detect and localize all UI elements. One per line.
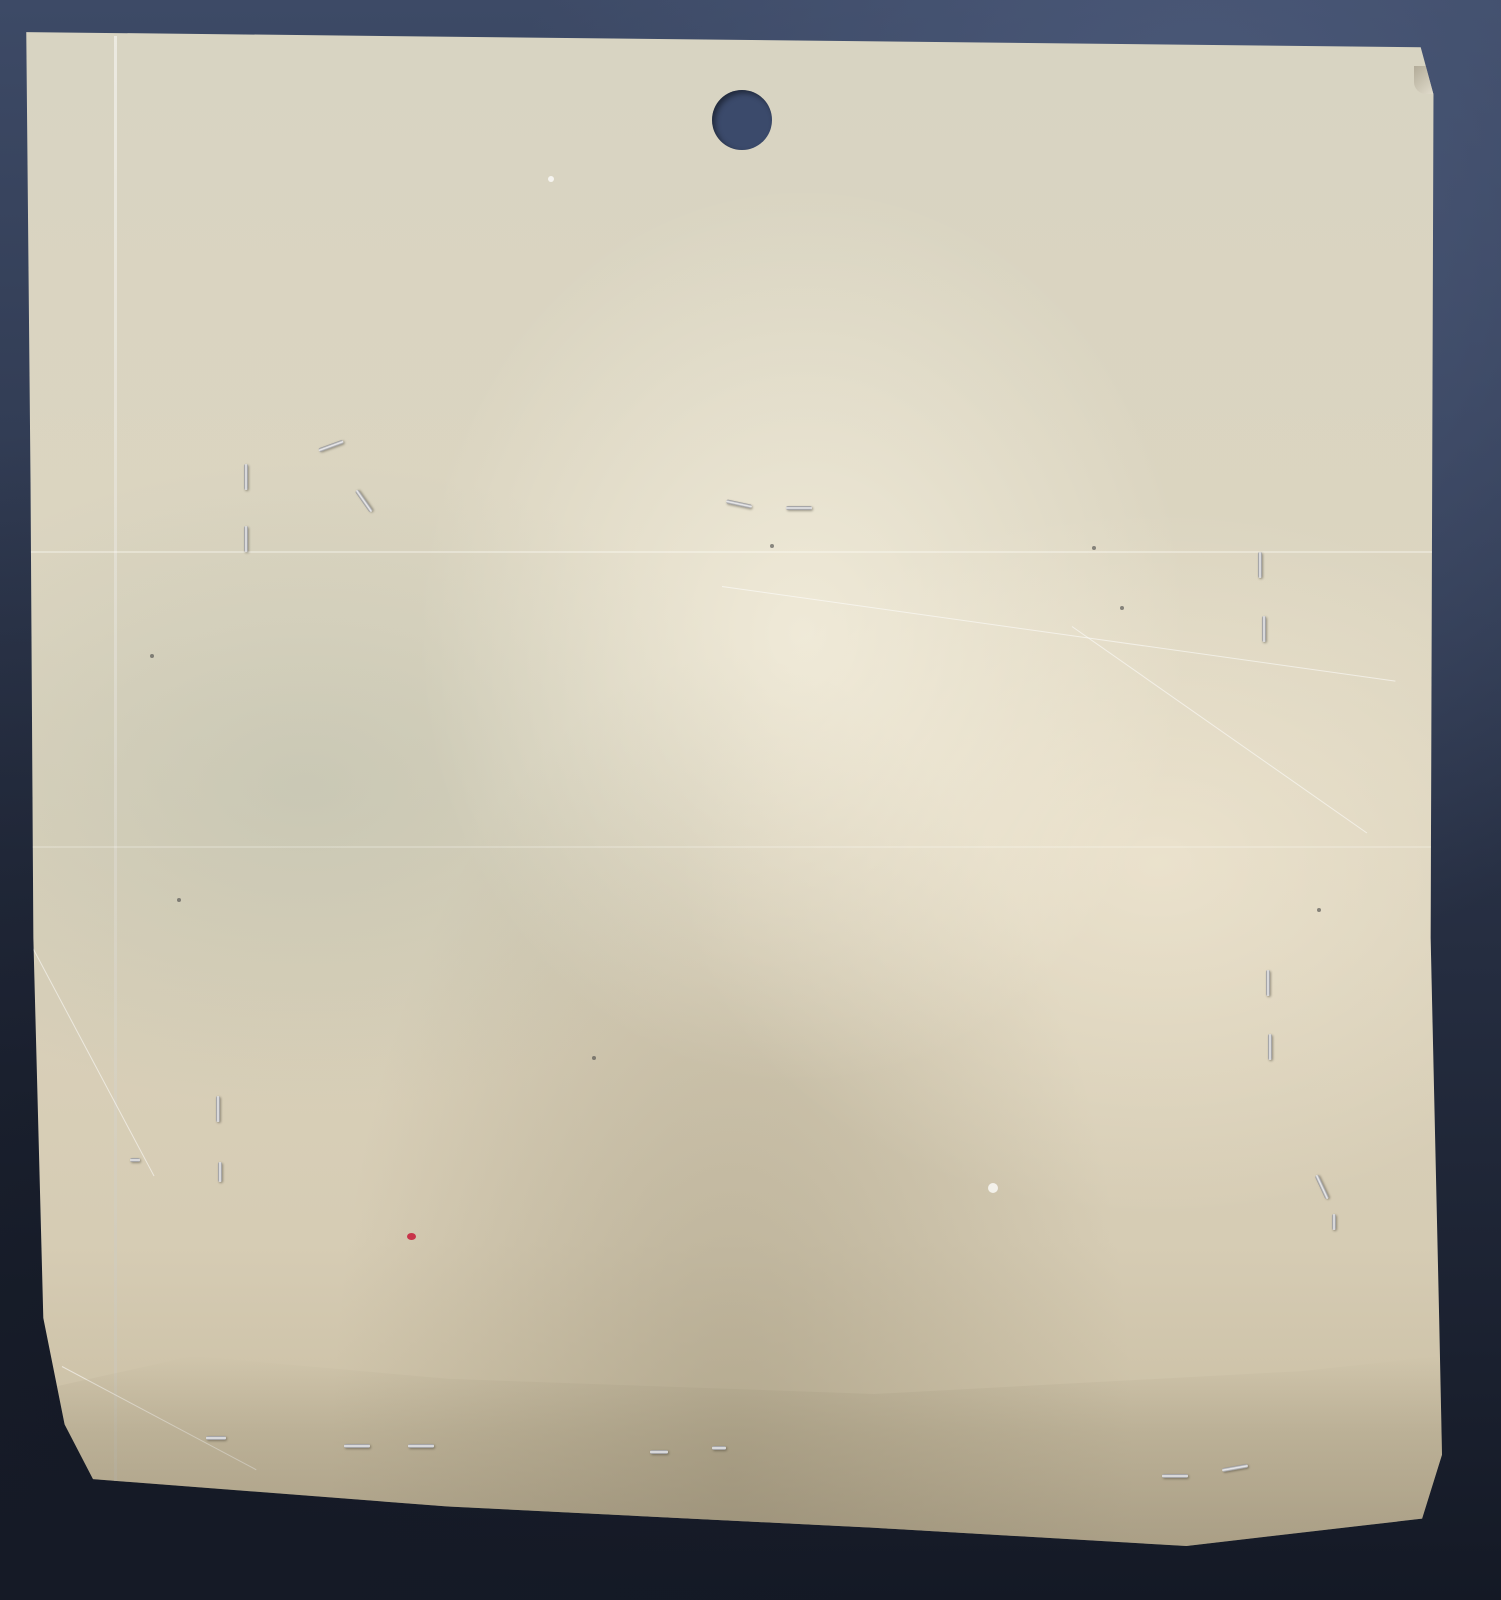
staple <box>408 1444 434 1448</box>
staple <box>344 1444 370 1448</box>
white-speck <box>988 1183 998 1193</box>
speck <box>177 898 181 902</box>
speck <box>770 544 774 548</box>
paper-crease <box>1072 626 1367 833</box>
staple <box>130 1158 140 1162</box>
staple <box>1258 552 1262 578</box>
staple <box>726 499 752 508</box>
staple <box>1162 1474 1188 1478</box>
speck <box>1317 908 1321 912</box>
staple <box>786 506 812 510</box>
red-mark <box>407 1233 416 1240</box>
speck <box>1120 606 1124 610</box>
horizontal-fold <box>22 846 1442 848</box>
staple <box>1315 1174 1330 1199</box>
staple <box>650 1450 668 1454</box>
paper-crease <box>722 586 1396 682</box>
staple <box>216 1096 220 1122</box>
staple <box>206 1436 226 1440</box>
staple <box>318 440 344 453</box>
staple <box>244 526 248 552</box>
staple <box>1332 1214 1336 1230</box>
speck <box>592 1056 596 1060</box>
speck <box>150 654 154 658</box>
punched-hanging-hole <box>712 90 772 150</box>
paper-crease <box>32 946 155 1176</box>
white-speck <box>548 176 554 182</box>
staple <box>218 1162 222 1182</box>
staple <box>244 464 248 490</box>
staple <box>355 489 373 513</box>
staple <box>1266 970 1270 996</box>
staple <box>712 1446 726 1450</box>
horizontal-fold <box>22 551 1442 553</box>
staple <box>1262 616 1266 642</box>
vertical-seam <box>114 36 117 1516</box>
cardboard-card-back <box>22 26 1442 1546</box>
speck <box>1092 546 1096 550</box>
staple <box>1268 1034 1272 1060</box>
